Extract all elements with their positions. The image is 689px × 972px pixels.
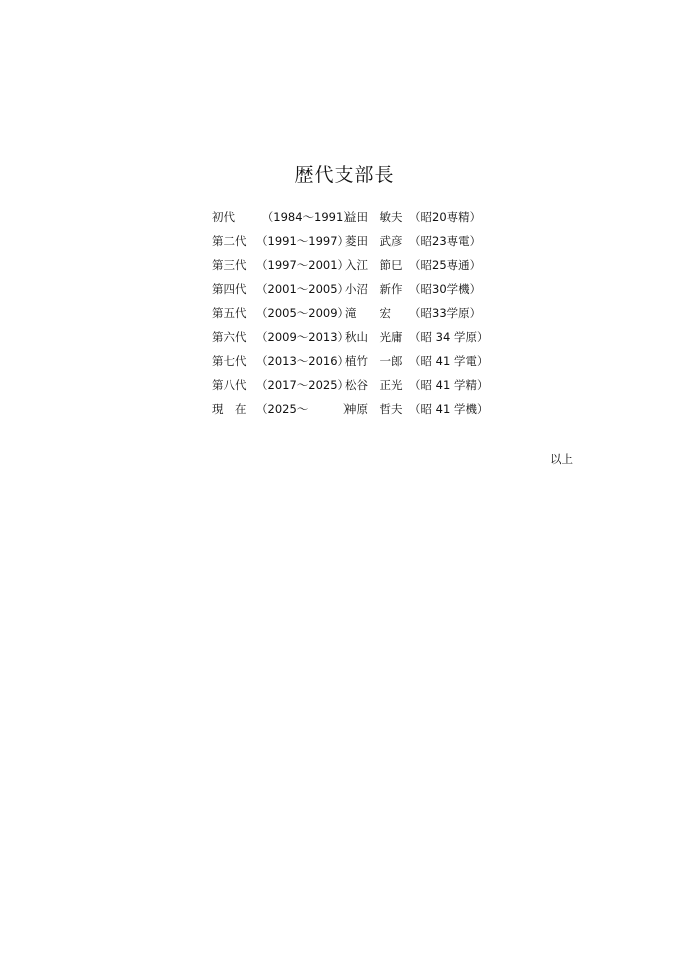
term-period: （1997～2001） bbox=[256, 257, 345, 281]
term-period: （1991～1997） bbox=[256, 233, 345, 257]
person-name: 秋山 光庸 bbox=[345, 329, 409, 353]
person-name: 滝 宏 bbox=[345, 305, 409, 329]
generation: 第四代 bbox=[212, 281, 256, 305]
list-row: 現 在 （2025～ ） 神原 哲夫 （昭 41 学機） bbox=[212, 401, 488, 425]
list-row: 第八代 （2017～2025） 松谷 正光 （昭 41 学精） bbox=[212, 377, 488, 401]
person-name: 小沼 新作 bbox=[345, 281, 409, 305]
person-name: 菱田 武彦 bbox=[345, 233, 409, 257]
branch-chief-list: 初代 （1984～1991） 益田 敏夫 （昭20専精） 第二代 （1991～1… bbox=[212, 209, 488, 425]
generation: 第二代 bbox=[212, 233, 256, 257]
generation: 第五代 bbox=[212, 305, 256, 329]
document-title: 歴代支部長 bbox=[0, 160, 689, 187]
graduation-note: （昭 34 学原） bbox=[409, 329, 488, 353]
graduation-note: （昭33学原） bbox=[409, 305, 481, 329]
term-period: （2017～2025） bbox=[256, 377, 345, 401]
list-row: 第四代 （2001～2005） 小沼 新作 （昭30学機） bbox=[212, 281, 488, 305]
person-name: 入江 節巳 bbox=[345, 257, 409, 281]
generation: 第八代 bbox=[212, 377, 256, 401]
generation: 第三代 bbox=[212, 257, 256, 281]
closing-remark: 以上 bbox=[550, 451, 573, 467]
person-name: 益田 敏夫 bbox=[345, 209, 409, 233]
list-row: 初代 （1984～1991） 益田 敏夫 （昭20専精） bbox=[212, 209, 488, 233]
graduation-note: （昭25専通） bbox=[409, 257, 481, 281]
graduation-note: （昭 41 学機） bbox=[409, 401, 488, 425]
generation: 第六代 bbox=[212, 329, 256, 353]
term-period: （2005～2009） bbox=[256, 305, 345, 329]
list-row: 第五代 （2005～2009） 滝 宏 （昭33学原） bbox=[212, 305, 488, 329]
graduation-note: （昭20専精） bbox=[409, 209, 481, 233]
term-period: （2025～ ） bbox=[256, 401, 345, 425]
graduation-note: （昭30学機） bbox=[409, 281, 481, 305]
generation: 現 在 bbox=[212, 401, 256, 425]
generation: 第七代 bbox=[212, 353, 256, 377]
person-name: 神原 哲夫 bbox=[345, 401, 409, 425]
generation: 初代 bbox=[212, 209, 256, 233]
term-period: （2013～2016） bbox=[256, 353, 345, 377]
list-row: 第三代 （1997～2001） 入江 節巳 （昭25専通） bbox=[212, 257, 488, 281]
graduation-note: （昭23専電） bbox=[409, 233, 481, 257]
person-name: 植竹 一郎 bbox=[345, 353, 409, 377]
term-period: （2009～2013） bbox=[256, 329, 345, 353]
list-row: 第二代 （1991～1997） 菱田 武彦 （昭23専電） bbox=[212, 233, 488, 257]
graduation-note: （昭 41 学精） bbox=[409, 377, 488, 401]
person-name: 松谷 正光 bbox=[345, 377, 409, 401]
term-period: （2001～2005） bbox=[256, 281, 345, 305]
list-row: 第七代 （2013～2016） 植竹 一郎 （昭 41 学電） bbox=[212, 353, 488, 377]
graduation-note: （昭 41 学電） bbox=[409, 353, 488, 377]
list-row: 第六代 （2009～2013） 秋山 光庸 （昭 34 学原） bbox=[212, 329, 488, 353]
term-period: （1984～1991） bbox=[256, 209, 345, 233]
